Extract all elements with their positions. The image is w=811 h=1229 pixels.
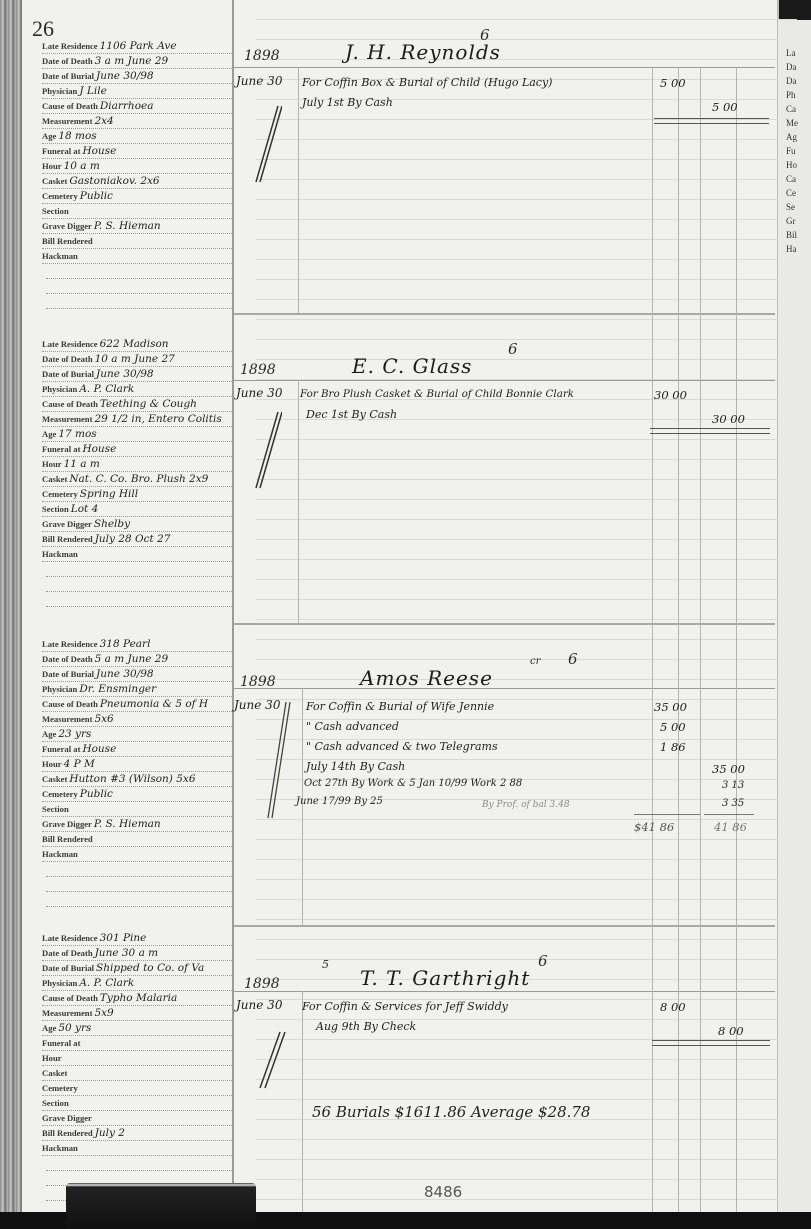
next-page-label: Bil	[786, 230, 797, 240]
field-date-of-death: Date of Death5 a m June 29	[42, 652, 232, 667]
ledger-line: For Bro Plush Casket & Burial of Child B…	[300, 388, 574, 400]
entry-year: 1898	[244, 48, 280, 64]
field-hour: Hour	[42, 1051, 232, 1066]
field-hackman: Hackman	[42, 847, 232, 862]
field-casket: CasketHutton #3 (Wilson) 5x6	[42, 772, 232, 787]
total-double-rule	[652, 1040, 770, 1046]
next-page-label: Ag	[786, 132, 797, 142]
ledger-header-rule	[233, 380, 775, 381]
debit-amount: 35 00	[654, 700, 687, 714]
burial-form-3: Late Residence318 Pearl Date of Death5 a…	[42, 637, 232, 907]
entry-separator	[233, 623, 775, 625]
field-date-of-death: Date of Death3 a m June 29	[42, 54, 232, 69]
next-page-label: Ce	[786, 188, 796, 198]
side-mark: 5	[322, 958, 329, 971]
double-slash-mark	[256, 1030, 286, 1090]
blank-line	[46, 862, 232, 877]
next-page-label: Fu	[786, 146, 796, 156]
field-grave-digger: Grave DiggerShelby	[42, 517, 232, 532]
field-measurement: Measurement5x6	[42, 712, 232, 727]
entry-date: June 30	[236, 386, 282, 400]
entry-mark: 6	[508, 340, 518, 358]
field-bill-rendered: Bill Rendered	[42, 234, 232, 249]
total-double-rule	[654, 118, 769, 124]
field-grave-digger: Grave DiggerP. S. Hieman	[42, 219, 232, 234]
entry-year: 1898	[240, 362, 276, 378]
field-hour: Hour11 a m	[42, 457, 232, 472]
burial-form-1: Late Residence1106 Park Ave Date of Deat…	[42, 39, 232, 309]
entry-name: Amos Reese	[360, 666, 493, 690]
field-date-of-burial: Date of BurialJune 30/98	[42, 367, 232, 382]
book-clip	[66, 1183, 256, 1229]
field-physician: PhysicianJ Lile	[42, 84, 232, 99]
entry-date: June 30	[236, 998, 282, 1012]
field-casket: Casket	[42, 1066, 232, 1081]
field-cause-of-death: Cause of DeathTypho Malaria	[42, 991, 232, 1006]
next-page-label: Da	[786, 62, 797, 72]
field-measurement: Measurement5x9	[42, 1006, 232, 1021]
entry-name: T. T. Garthright	[360, 966, 530, 990]
blank-line	[46, 279, 232, 294]
field-funeral-at: Funeral at	[42, 1036, 232, 1051]
burial-form-2: Late Residence622 Madison Date of Death1…	[42, 337, 232, 607]
field-physician: PhysicianA. P. Clark	[42, 976, 232, 991]
field-section: SectionLot 4	[42, 502, 232, 517]
field-bill-rendered: Bill Rendered	[42, 832, 232, 847]
field-age: Age23 yrs	[42, 727, 232, 742]
next-page-label: Ha	[786, 244, 797, 254]
entry-mark: 6	[480, 26, 490, 44]
field-hackman: Hackman	[42, 1141, 232, 1156]
double-slash-mark	[252, 104, 282, 184]
double-slash-mark	[252, 410, 282, 490]
field-hackman: Hackman	[42, 547, 232, 562]
ledger-header-rule	[233, 688, 775, 689]
next-page-edge: La Da Da Ph Ca Me Ag Fu Ho Ca Ce Se Gr B…	[778, 20, 811, 1212]
field-cemetery: CemeterySpring Hill	[42, 487, 232, 502]
credit-amount: 3 13	[722, 780, 744, 791]
subtotal-rule	[704, 814, 754, 815]
ledger-header-rule	[233, 991, 775, 992]
field-date-of-death: Date of Death10 a m June 27	[42, 352, 232, 367]
field-age: Age18 mos	[42, 129, 232, 144]
field-date-of-burial: Date of BurialJune 30/98	[42, 667, 232, 682]
ledger-line: For Coffin & Burial of Wife Jennie	[306, 700, 494, 713]
field-cemetery: CemeteryPublic	[42, 189, 232, 204]
next-page-label: Ho	[786, 160, 797, 170]
next-page-label: Ca	[786, 104, 796, 114]
entry-mark: 6	[538, 952, 548, 970]
field-bill-rendered: Bill RenderedJuly 28 Oct 27	[42, 532, 232, 547]
pencil-note: By Prof. of bal 3.48	[482, 800, 570, 810]
field-funeral-at: Funeral atHouse	[42, 144, 232, 159]
ledger-line: Oct 27th By Work & 5 Jan 10/99 Work 2 88	[304, 778, 522, 789]
ledger-line: For Coffin Box & Burial of Child (Hugo L…	[302, 76, 552, 89]
field-hour: Hour4 P M	[42, 757, 232, 772]
entry-name: E. C. Glass	[352, 354, 472, 378]
next-page-label: Da	[786, 76, 797, 86]
field-section: Section	[42, 802, 232, 817]
field-physician: PhysicianA. P. Clark	[42, 382, 232, 397]
date-column-rule	[302, 991, 303, 1212]
field-grave-digger: Grave Digger	[42, 1111, 232, 1126]
next-page-label: Gr	[786, 216, 796, 226]
total-credit: 41 86	[714, 820, 747, 834]
field-date-of-death: Date of DeathJune 30 a m	[42, 946, 232, 961]
field-bill-rendered: Bill RenderedJuly 2	[42, 1126, 232, 1141]
field-measurement: Measurement29 1/2 in, Entero Colitis	[42, 412, 232, 427]
ledger-header-rule	[233, 67, 775, 68]
burial-form-4: Late Residence301 Pine Date of DeathJune…	[42, 931, 232, 1201]
double-slash-mark	[262, 700, 292, 820]
footer-number: 8486	[424, 1183, 462, 1201]
ledger-line: Aug 9th By Check	[316, 1020, 416, 1033]
entry-separator	[233, 925, 775, 927]
subtotal-rule	[634, 814, 700, 815]
blank-line	[46, 592, 232, 607]
credit-mark: cr	[530, 656, 540, 667]
field-cause-of-death: Cause of DeathTeething & Cough	[42, 397, 232, 412]
field-date-of-burial: Date of BurialJune 30/98	[42, 69, 232, 84]
field-cemetery: CemeteryPublic	[42, 787, 232, 802]
field-hour: Hour10 a m	[42, 159, 232, 174]
entry-year: 1898	[244, 976, 280, 992]
credit-amount: 3 35	[722, 798, 744, 809]
field-casket: CasketGastoniakov. 2x6	[42, 174, 232, 189]
ledger-line: " Cash advanced & two Telegrams	[306, 740, 498, 753]
next-page-label: Se	[786, 202, 795, 212]
ledger-line: July 1st By Cash	[302, 96, 393, 109]
burials-summary: 56 Burials $1611.86 Average $28.78	[312, 1103, 590, 1121]
total-debit: $41 86	[634, 820, 674, 834]
entry-name: J. H. Reynolds	[345, 40, 501, 64]
next-page-label: Ca	[786, 174, 796, 184]
blank-line	[46, 892, 232, 907]
field-cause-of-death: Cause of DeathPneumonia & 5 of H	[42, 697, 232, 712]
next-page-label: La	[786, 48, 796, 58]
field-casket: CasketNat. C. Co. Bro. Plush 2x9	[42, 472, 232, 487]
field-physician: PhysicianDr. Ensminger	[42, 682, 232, 697]
blank-line	[46, 877, 232, 892]
credit-amount: 30 00	[712, 412, 745, 426]
field-late-residence: Late Residence1106 Park Ave	[42, 39, 232, 54]
entry-separator	[233, 313, 775, 315]
field-section: Section	[42, 204, 232, 219]
field-measurement: Measurement2x4	[42, 114, 232, 129]
ledger-line: July 14th By Cash	[306, 760, 405, 773]
field-cause-of-death: Cause of DeathDiarrhoea	[42, 99, 232, 114]
credit-amount: 8 00	[718, 1024, 744, 1038]
entry-mark: 6	[568, 650, 578, 668]
blank-line	[46, 294, 232, 309]
field-age: Age17 mos	[42, 427, 232, 442]
entry-year: 1898	[240, 674, 276, 690]
debit-amount: 5 00	[660, 720, 686, 734]
field-late-residence: Late Residence622 Madison	[42, 337, 232, 352]
field-funeral-at: Funeral atHouse	[42, 742, 232, 757]
next-page-label: Ph	[786, 90, 796, 100]
date-column-rule	[298, 67, 299, 313]
field-late-residence: Late Residence301 Pine	[42, 931, 232, 946]
ledger-line: Dec 1st By Cash	[306, 408, 397, 421]
entry-date: June 30	[236, 74, 282, 88]
ledger-line: " Cash advanced	[306, 720, 399, 733]
debit-amount: 30 00	[654, 388, 687, 402]
ledger-line: June 17/99 By 25	[296, 796, 383, 807]
blank-line	[46, 577, 232, 592]
debit-amount: 8 00	[660, 1000, 686, 1014]
field-section: Section	[42, 1096, 232, 1111]
field-cemetery: Cemetery	[42, 1081, 232, 1096]
form-ledger-divider	[232, 0, 234, 1212]
field-funeral-at: Funeral atHouse	[42, 442, 232, 457]
total-double-rule	[650, 428, 770, 434]
blank-line	[46, 1156, 232, 1171]
debit-amount: 1 86	[660, 740, 686, 754]
next-page-label: Me	[786, 118, 798, 128]
ledger-line: For Coffin & Services for Jeff Swiddy	[302, 1000, 508, 1013]
blank-line	[46, 264, 232, 279]
field-late-residence: Late Residence318 Pearl	[42, 637, 232, 652]
field-date-of-burial: Date of BurialShipped to Co. of Va	[42, 961, 232, 976]
field-hackman: Hackman	[42, 249, 232, 264]
debit-amount: 5 00	[660, 76, 686, 90]
field-grave-digger: Grave DiggerP. S. Hieman	[42, 817, 232, 832]
date-column-rule	[298, 380, 299, 623]
field-age: Age50 yrs	[42, 1021, 232, 1036]
credit-amount: 5 00	[712, 100, 738, 114]
credit-amount: 35 00	[712, 762, 745, 776]
blank-line	[46, 562, 232, 577]
